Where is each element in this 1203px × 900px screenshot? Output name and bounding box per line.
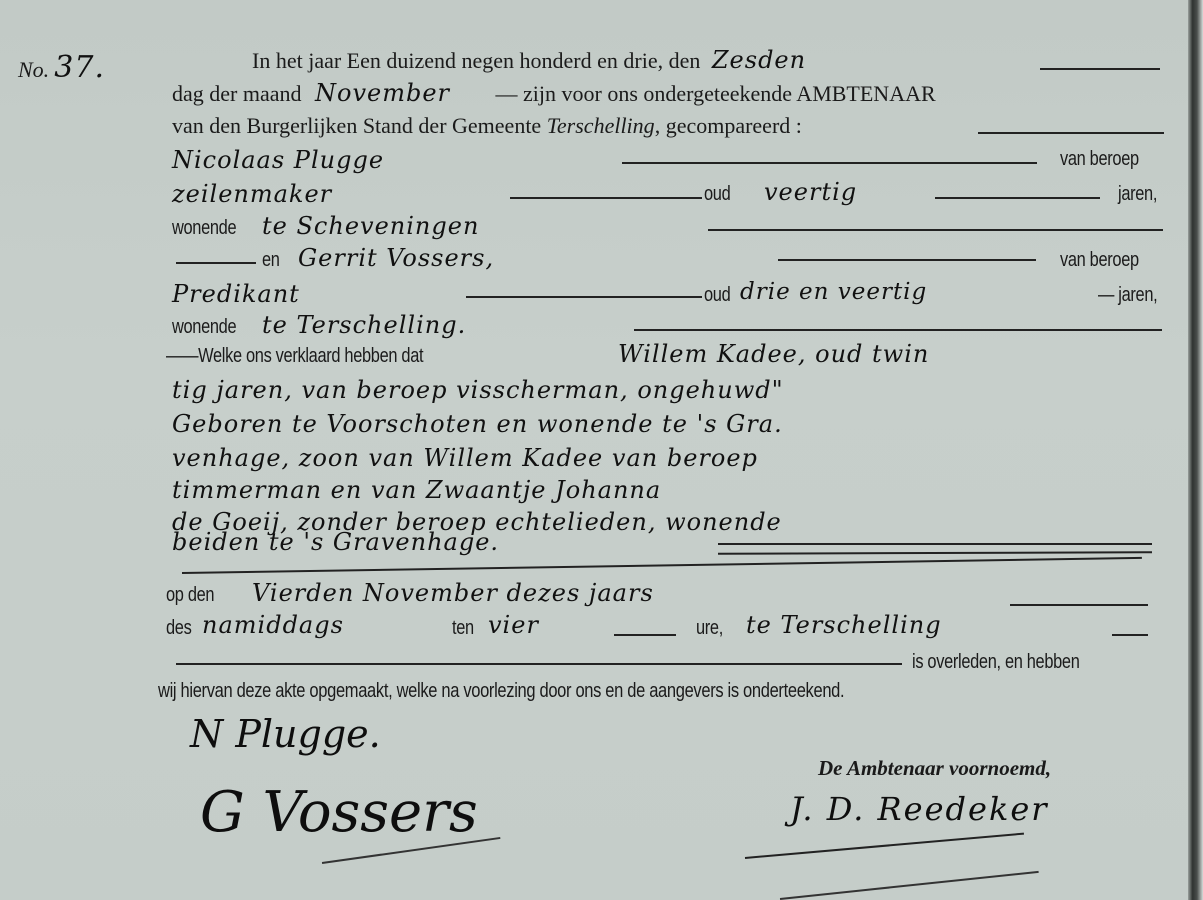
page-binding-edge (1188, 0, 1203, 900)
line-8-label: — jaren, (1098, 284, 1170, 307)
official-label: De Ambtenaar voornoemd, (818, 756, 1051, 781)
fill-rule (718, 551, 1152, 555)
fill-rule (614, 634, 676, 636)
official-underline (780, 871, 1039, 900)
closing-rule (182, 557, 1142, 574)
printed-text: is overleden, en hebben (912, 651, 1080, 674)
printed-text: ten (452, 617, 474, 640)
document-page: No. 37. In het jaar Een duizend negen ho… (0, 0, 1188, 900)
record-number-label: No. (18, 57, 49, 82)
printed-text: op den (166, 584, 214, 607)
line-19: is overleden, en hebben (912, 651, 1116, 674)
line-8-age: oud (704, 284, 736, 307)
fill-rule (978, 132, 1164, 134)
printed-text: jaren, (1118, 183, 1157, 206)
line-2: dag der maand November — zijn voor ons o… (172, 79, 936, 107)
hour-of-death: vier (488, 611, 539, 639)
deceased-details-line-3: venhage, zoon van Willem Kadee van beroe… (172, 444, 758, 472)
fill-rule (935, 197, 1100, 199)
date-of-death: Vierden November dezes jaars (252, 579, 654, 607)
time-of-day: namiddags (202, 611, 344, 639)
fill-rule (718, 543, 1152, 545)
fill-rule (634, 329, 1162, 331)
fill-rule (778, 259, 1036, 261)
fill-rule (622, 162, 1037, 164)
printed-text: oud (704, 284, 730, 307)
printed-text: en (262, 249, 280, 272)
signature-declarant-2: G Vossers (200, 780, 478, 845)
printed-text: — zijn voor ons ondergeteekende AMBTENAA… (496, 81, 936, 106)
fill-rule (176, 262, 256, 264)
declarant-2-age: drie en veertig (740, 279, 927, 305)
printed-text: wonende (172, 316, 236, 339)
fill-rule (708, 229, 1163, 231)
signature-official: J. D. Reedeker (790, 790, 1049, 828)
printed-text: wij hiervan deze akte opgemaakt, welke n… (158, 680, 844, 703)
printed-text: — jaren, (1098, 284, 1157, 307)
line-10: ——Welke ons verklaard hebben dat (166, 345, 480, 368)
signature-declarant-1: N Plugge. (190, 712, 381, 756)
line-20: wij hiervan deze akte opgemaakt, welke n… (158, 680, 990, 703)
declarant-1-age: veertig (764, 178, 857, 206)
printed-text: , gecompareerd : (655, 113, 802, 138)
line-18-des: des (166, 617, 197, 640)
declarant-1-name: Nicolaas Plugge (172, 146, 384, 174)
municipality-name: Terschelling (547, 113, 655, 138)
line-4-label: van beroep (1060, 148, 1156, 171)
printed-text: In het jaar Een duizend negen honderd en… (252, 48, 700, 73)
line-5-label: jaren, (1118, 183, 1166, 206)
printed-text: oud (704, 183, 730, 206)
declarant-1-occupation: zeilenmaker (172, 180, 332, 208)
deceased-details-line-1: tig jaren, van beroep visscherman, ongeh… (172, 376, 784, 404)
fill-rule (510, 197, 702, 199)
official-flourish (745, 833, 1024, 859)
line-18-ure: ure, (696, 617, 729, 640)
printed-text: van beroep (1060, 148, 1139, 171)
fill-rule (176, 663, 902, 665)
deceased-details-line-2: Geboren te Voorschoten en wonende te 's … (172, 410, 783, 438)
line-17: op den (166, 584, 225, 607)
declarant-1-residence: te Scheveningen (262, 212, 479, 240)
line-1: In het jaar Een duizend negen honderd en… (252, 46, 806, 74)
line-5-age: oud (704, 183, 736, 206)
fill-rule (1040, 68, 1160, 70)
line-18-ten: ten (452, 617, 479, 640)
printed-text: wonende (172, 217, 236, 240)
fill-rule (1112, 634, 1148, 636)
record-number: No. 37. (18, 50, 105, 85)
printed-text: ure, (696, 617, 723, 640)
place-of-death: te Terschelling (746, 611, 942, 639)
printed-text: van beroep (1060, 249, 1139, 272)
line-7-label: van beroep (1060, 249, 1156, 272)
printed-text: des (166, 617, 191, 640)
record-number-value: 37. (54, 50, 105, 85)
declarant-2-occupation: Predikant (172, 280, 300, 308)
line-7-en: en (262, 249, 283, 272)
handwritten-day: Zesden (712, 46, 806, 74)
fill-rule (1010, 604, 1148, 606)
deceased-name-age: Willem Kadee, oud twin (618, 340, 929, 368)
deceased-details-line-6: beiden te 's Gravenhage. (172, 528, 499, 556)
deceased-details-line-4: timmerman en van Zwaantje Johanna (172, 476, 661, 504)
printed-text: van den Burgerlijken Stand der Gemeente (172, 113, 541, 138)
line-3: van den Burgerlijken Stand der Gemeente … (172, 113, 802, 139)
printed-text: dag der maand (172, 81, 302, 106)
line-9: wonende (172, 316, 250, 339)
line-6: wonende (172, 217, 250, 240)
printed-text: ——Welke ons verklaard hebben dat (166, 345, 423, 368)
declarant-2-name: Gerrit Vossers, (298, 244, 494, 272)
fill-rule (466, 296, 702, 298)
handwritten-month: November (315, 79, 450, 107)
declarant-2-residence: te Terschelling. (262, 311, 466, 339)
